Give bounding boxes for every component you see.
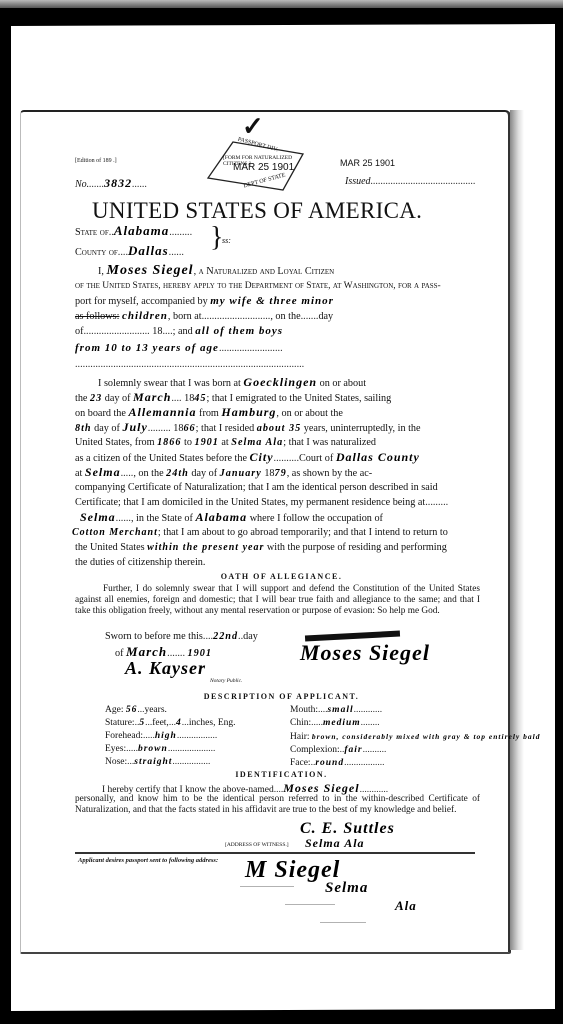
domicile-city: Selma — [80, 510, 116, 524]
mailing-address-label: Applicant desires passport sent to follo… — [78, 857, 218, 864]
description-right-column: Mouth:....small............ Chin:.....me… — [290, 704, 500, 770]
emigrated: ; that I emigrated to the United States,… — [206, 393, 391, 404]
of: of — [115, 648, 124, 659]
accompanied-by: my wife & three minor — [210, 295, 334, 307]
birth-line-10: Selma......, in the State of Alabama whe… — [80, 511, 383, 525]
birth-line-2: the 23 day of March.... 1845; that I emi… — [75, 391, 391, 405]
court-place: Dallas County — [336, 450, 420, 464]
birth-line-8: companying Certificate of Naturalization… — [75, 481, 438, 494]
sworn-day: 22nd — [213, 631, 238, 642]
arrival-day: 8th — [75, 423, 92, 434]
notary-signature: A. Kayser — [125, 658, 206, 679]
applicant-line-2: of the United States, hereby apply to th… — [75, 280, 441, 293]
age-row: Age: 56...years. — [105, 704, 236, 717]
birth-place: Goecklingen — [243, 375, 317, 389]
hair-row: Hair: brown, considerably mixed with gra… — [290, 730, 500, 744]
year-prefix: 18 — [173, 423, 183, 434]
on-the: , on the — [270, 311, 300, 322]
number-label: No. — [75, 179, 89, 190]
naturalization-day: 24th — [166, 468, 189, 479]
on-the: , on the — [133, 468, 163, 479]
oath-heading: OATH OF ALLEGIANCE. — [0, 572, 563, 581]
birth-day: 23 — [90, 393, 102, 404]
years-text: years, uninterruptedly, in the — [304, 423, 421, 434]
cert-text: Certificate; that I am domiciled in the … — [75, 497, 425, 508]
years-label: years. — [144, 705, 166, 715]
inches-label: inches, Eng. — [189, 718, 236, 728]
birth-line-4: 8th day of July......... 1866; that I re… — [75, 421, 421, 435]
applicant-line-3: port for myself, accompanied by my wife … — [75, 295, 334, 308]
feet-label: feet, — [152, 718, 169, 728]
citizen-before: as a citizen of the United States before… — [75, 453, 247, 464]
document-title: UNITED STATES OF AMERICA. — [92, 198, 422, 224]
us-from: United States, from — [75, 437, 155, 448]
issued-field: Issued..................................… — [345, 176, 476, 187]
occupation: Cotton Merchant — [72, 527, 158, 538]
day: day — [318, 311, 333, 322]
stature-label: Stature: — [105, 718, 135, 728]
eyes-label: Eyes: — [105, 744, 126, 754]
mailing-dots-1: ........................... — [240, 880, 294, 889]
applicant-line-1: I, Moses Siegel, a Naturalized and Loyal… — [98, 264, 334, 278]
checkmark-icon: ✓ — [242, 112, 264, 142]
all-boys: all of them boys — [195, 325, 283, 337]
about-the: , on or about the — [276, 408, 343, 419]
ship-name: Allemannia — [128, 405, 196, 419]
description-left-column: Age: 56...years. Stature:..5...feet,...4… — [105, 704, 236, 769]
naturalized: ; that I was naturalized — [283, 437, 376, 448]
sworn-prefix: Sworn to before me this — [105, 631, 203, 642]
complexion-value: fair — [344, 745, 362, 755]
from-year: 1866 — [157, 437, 181, 448]
birth-month: March — [133, 390, 171, 404]
birth-line-5: United States, from 1866 to 1901 at Selm… — [75, 436, 376, 449]
year-prefix: 18 — [264, 468, 274, 479]
ages: from 10 to 13 years of age — [75, 342, 219, 354]
mailing-dots-2: ......................... — [285, 898, 335, 907]
birth-line-12: the United States within the present yea… — [75, 541, 447, 554]
line1-suffix: , a Naturalized and Loyal Citizen — [194, 266, 335, 277]
forehead-value: high — [155, 731, 177, 741]
eyes-row: Eyes:.....brown.................... — [105, 743, 236, 756]
number-field: No.......3832...... — [75, 176, 147, 191]
i-prefix: I, — [98, 266, 104, 277]
in-state: , in the State of — [131, 513, 193, 524]
line3-prefix: port for myself, accompanied by — [75, 296, 208, 307]
number-value: 3832 — [104, 176, 132, 190]
year-prefix: 18 — [184, 393, 194, 404]
day-of: day of — [191, 468, 217, 479]
complexion-label: Complexion: — [290, 745, 340, 755]
arrival-year: 66 — [183, 423, 195, 434]
on-or-about: on or about — [320, 378, 366, 389]
page-edge-shadow — [510, 110, 524, 950]
birth-line-13: the duties of citizenship therein. — [75, 556, 205, 569]
return-when: within the present year — [147, 542, 264, 553]
face-row: Face:..round................. — [290, 757, 500, 770]
passport-division-stamp: PASSPORT DIV. [FORM FOR NATURALIZED CITI… — [203, 140, 313, 192]
mailing-city: Selma — [325, 880, 368, 897]
at: at — [75, 468, 82, 479]
on-board: on board the — [75, 408, 126, 419]
to-year: 1901 — [194, 437, 218, 448]
witness-address: Selma Ala — [305, 836, 365, 851]
applicant-line-6: from 10 to 13 years of age..............… — [75, 342, 283, 355]
ss-label: ss: — [222, 236, 231, 245]
complexion-row: Complexion:..fair.......... — [290, 744, 500, 757]
forehead-label: Forehead: — [105, 731, 143, 741]
identification-heading: IDENTIFICATION. — [0, 770, 563, 779]
oath-text: Further, I do solemnly swear that I will… — [75, 584, 480, 617]
birth-line-11: Cotton Merchant; that I am about to go a… — [72, 526, 448, 539]
notary-label: Notary Public. — [210, 678, 242, 684]
chin-row: Chin:.....medium........ — [290, 717, 500, 730]
birth-line-1: I solemnly swear that I was born at Goec… — [98, 376, 366, 390]
day-of: day of — [94, 423, 120, 434]
county-field: County of....Dallas...... — [75, 244, 184, 259]
mailing-state: Ala — [395, 898, 417, 914]
scanner-top-edge — [0, 0, 563, 8]
identified-name: Moses Siegel — [283, 781, 359, 795]
court-type: City — [250, 450, 274, 464]
hair-label: Hair: — [290, 732, 310, 742]
witness-address-label: [ADDRESS OF WITNESS.] — [225, 842, 289, 848]
nose-label: Nose: — [105, 757, 127, 767]
face-value: round — [315, 758, 344, 768]
issued-date-stamp: MAR 25 1901 — [340, 158, 395, 168]
resided: ; that I resided — [196, 423, 255, 434]
day-suffix: day — [243, 631, 258, 642]
edition-label: [Edition of 189 .] — [75, 158, 117, 164]
sworn-line: Sworn to before me this....22nd..day — [105, 630, 258, 643]
occupation-text: where I follow the occupation of — [250, 513, 383, 524]
naturalization-year: 79 — [275, 468, 287, 479]
hair-value: brown, considerably mixed with gray & to… — [312, 732, 541, 741]
departure-port: Hamburg — [221, 405, 276, 419]
blank-line: ........................................… — [75, 358, 304, 371]
sworn-month: March — [126, 644, 167, 659]
issued-label: Issued — [345, 176, 371, 187]
applicant-signature: Moses Siegel — [300, 640, 430, 666]
the: the — [75, 393, 87, 404]
domicile-state: Alabama — [195, 510, 247, 524]
abroad: ; that I am about to go abroad temporari… — [158, 527, 448, 538]
naturalization-month: January — [220, 468, 262, 479]
from: from — [199, 408, 219, 419]
day-of: day of — [105, 393, 131, 404]
birth-intro: I solemnly swear that I was born at — [98, 378, 241, 389]
mailing-dots-3: ....................... — [320, 916, 366, 925]
birth-line-3: on board the Allemannia from Hamburg, on… — [75, 406, 343, 420]
shown: , as shown by the ac- — [287, 468, 372, 479]
age-label: Age: — [105, 705, 123, 715]
face-label: Face: — [290, 758, 311, 768]
line4-prefix: as follows: — [75, 311, 119, 322]
chin-value: medium — [323, 718, 361, 728]
century: 18 — [152, 326, 162, 337]
birth-line-9: Certificate; that I am domiciled in the … — [75, 496, 448, 509]
born-at: , born at — [168, 311, 202, 322]
mouth-row: Mouth:....small............ — [290, 704, 500, 717]
eyes-value: brown — [138, 744, 168, 754]
children: children — [122, 310, 168, 322]
birth-year: 45 — [194, 393, 206, 404]
applicant-line-4: as follows: children, born at...........… — [75, 310, 333, 323]
nose-value: straight — [134, 757, 172, 767]
at: at — [221, 437, 228, 448]
birth-line-7: at Selma....., on the 24th day of Januar… — [75, 466, 372, 480]
identification-text: personally, and know him to be the ident… — [75, 794, 480, 816]
age-value: 56 — [126, 705, 138, 715]
of: of — [75, 326, 84, 337]
county-value: Dallas — [128, 243, 169, 258]
description-heading: DESCRIPTION OF APPLICANT. — [0, 692, 563, 701]
state-field: State of..Alabama......... — [75, 224, 192, 239]
state-label: State of — [75, 227, 109, 238]
return-prefix: the United States — [75, 542, 145, 553]
residence-place: Selma Ala — [231, 437, 283, 448]
stamp-date: MAR 25 1901 — [233, 162, 294, 173]
divider-line — [75, 852, 475, 854]
return-suffix: with the purpose of residing and perform… — [267, 542, 447, 553]
court-of: Court of — [299, 453, 333, 464]
forehead-row: Forehead:.....high................. — [105, 730, 236, 743]
birth-line-6: as a citizen of the United States before… — [75, 451, 420, 465]
state-value: Alabama — [114, 223, 169, 238]
naturalization-place: Selma — [85, 465, 121, 479]
county-label: County of — [75, 247, 118, 258]
arrival-month: July — [122, 420, 147, 434]
nose-row: Nose:...straight................ — [105, 756, 236, 769]
to: to — [184, 437, 192, 448]
and: ; and — [173, 326, 193, 337]
applicant-line-5: of.......................... 18....; and… — [75, 325, 283, 338]
chin-label: Chin: — [290, 718, 311, 728]
stature-row: Stature:..5...feet,...4...inches, Eng. — [105, 717, 236, 730]
resided-years: about 35 — [257, 423, 302, 434]
mouth-value: small — [327, 705, 353, 715]
applicant-name: Moses Siegel — [107, 263, 194, 278]
mouth-label: Mouth: — [290, 705, 318, 715]
